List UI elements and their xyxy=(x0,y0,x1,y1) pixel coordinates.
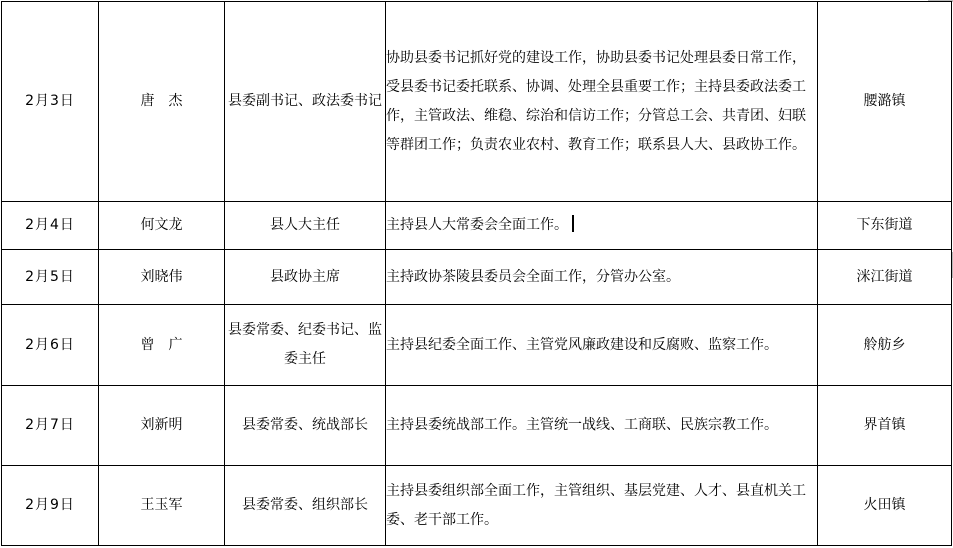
duties-cell[interactable]: 协助县委书记抓好党的建设工作，协助县委书记处理县委日常工作，受县委书记委托联系、… xyxy=(386,2,818,202)
title-cell: 县委常委、纪委书记、监委主任 xyxy=(225,305,386,386)
name-cell: 何文龙 xyxy=(99,202,225,250)
place-cell: 界首镇 xyxy=(818,386,952,466)
table-row: 2月5日 刘晓伟 县政协主席 主持政协茶陵县委员会全面工作，分管办公室。 洣江街… xyxy=(2,250,952,305)
table-row: 2月3日 唐 杰 县委副书记、政法委书记 协助县委书记抓好党的建设工作，协助县委… xyxy=(2,2,952,202)
date-cell: 2月7日 xyxy=(2,386,99,466)
place-cell: 腰潞镇 xyxy=(818,2,952,202)
date-cell: 2月4日 xyxy=(2,202,99,250)
name-cell: 王玉军 xyxy=(99,466,225,546)
date-cell: 2月9日 xyxy=(2,466,99,546)
place-cell: 下东街道 xyxy=(818,202,952,250)
place-cell: 火田镇 xyxy=(818,466,952,546)
date-cell: 2月6日 xyxy=(2,305,99,386)
place-cell: 洣江街道 xyxy=(818,250,952,305)
name-cell: 刘晓伟 xyxy=(99,250,225,305)
duties-cell[interactable]: 主持政协茶陵县委员会全面工作，分管办公室。 xyxy=(386,250,818,305)
duties-cell[interactable]: 主持县人大常委会全面工作。 xyxy=(386,202,818,250)
table-row: 2月6日 曾 广 县委常委、纪委书记、监委主任 主持县纪委全面工作、主管党风廉政… xyxy=(2,305,952,386)
table-row: 2月7日 刘新明 县委常委、统战部长 主持县委统战部工作。主管统一战线、工商联、… xyxy=(2,386,952,466)
title-cell: 县政协主席 xyxy=(225,250,386,305)
title-cell: 县人大主任 xyxy=(225,202,386,250)
name-cell: 唐 杰 xyxy=(99,2,225,202)
title-cell: 县委常委、组织部长 xyxy=(225,466,386,546)
title-cell: 县委常委、统战部长 xyxy=(225,386,386,466)
table-row: 2月4日 何文龙 县人大主任 主持县人大常委会全面工作。 下东街道 xyxy=(2,202,952,250)
table-row: 2月9日 王玉军 县委常委、组织部长 主持县委组织部全面工作，主管组织、基层党建… xyxy=(2,466,952,546)
duties-cell[interactable]: 主持县纪委全面工作、主管党风廉政建设和反腐败、监察工作。 xyxy=(386,305,818,386)
date-cell: 2月5日 xyxy=(2,250,99,305)
name-cell: 曾 广 xyxy=(99,305,225,386)
date-cell: 2月3日 xyxy=(2,2,99,202)
title-cell: 县委副书记、政法委书记 xyxy=(225,2,386,202)
duties-cell[interactable]: 主持县委组织部全面工作，主管组织、基层党建、人才、县直机关工委、老干部工作。 xyxy=(386,466,818,546)
schedule-table: 2月3日 唐 杰 县委副书记、政法委书记 协助县委书记抓好党的建设工作，协助县委… xyxy=(1,1,952,546)
text-cursor xyxy=(572,215,574,232)
duties-cell[interactable]: 主持县委统战部工作。主管统一战线、工商联、民族宗教工作。 xyxy=(386,386,818,466)
duties-text: 主持县人大常委会全面工作。 xyxy=(386,217,568,233)
name-cell: 刘新明 xyxy=(99,386,225,466)
place-cell: 舲舫乡 xyxy=(818,305,952,386)
